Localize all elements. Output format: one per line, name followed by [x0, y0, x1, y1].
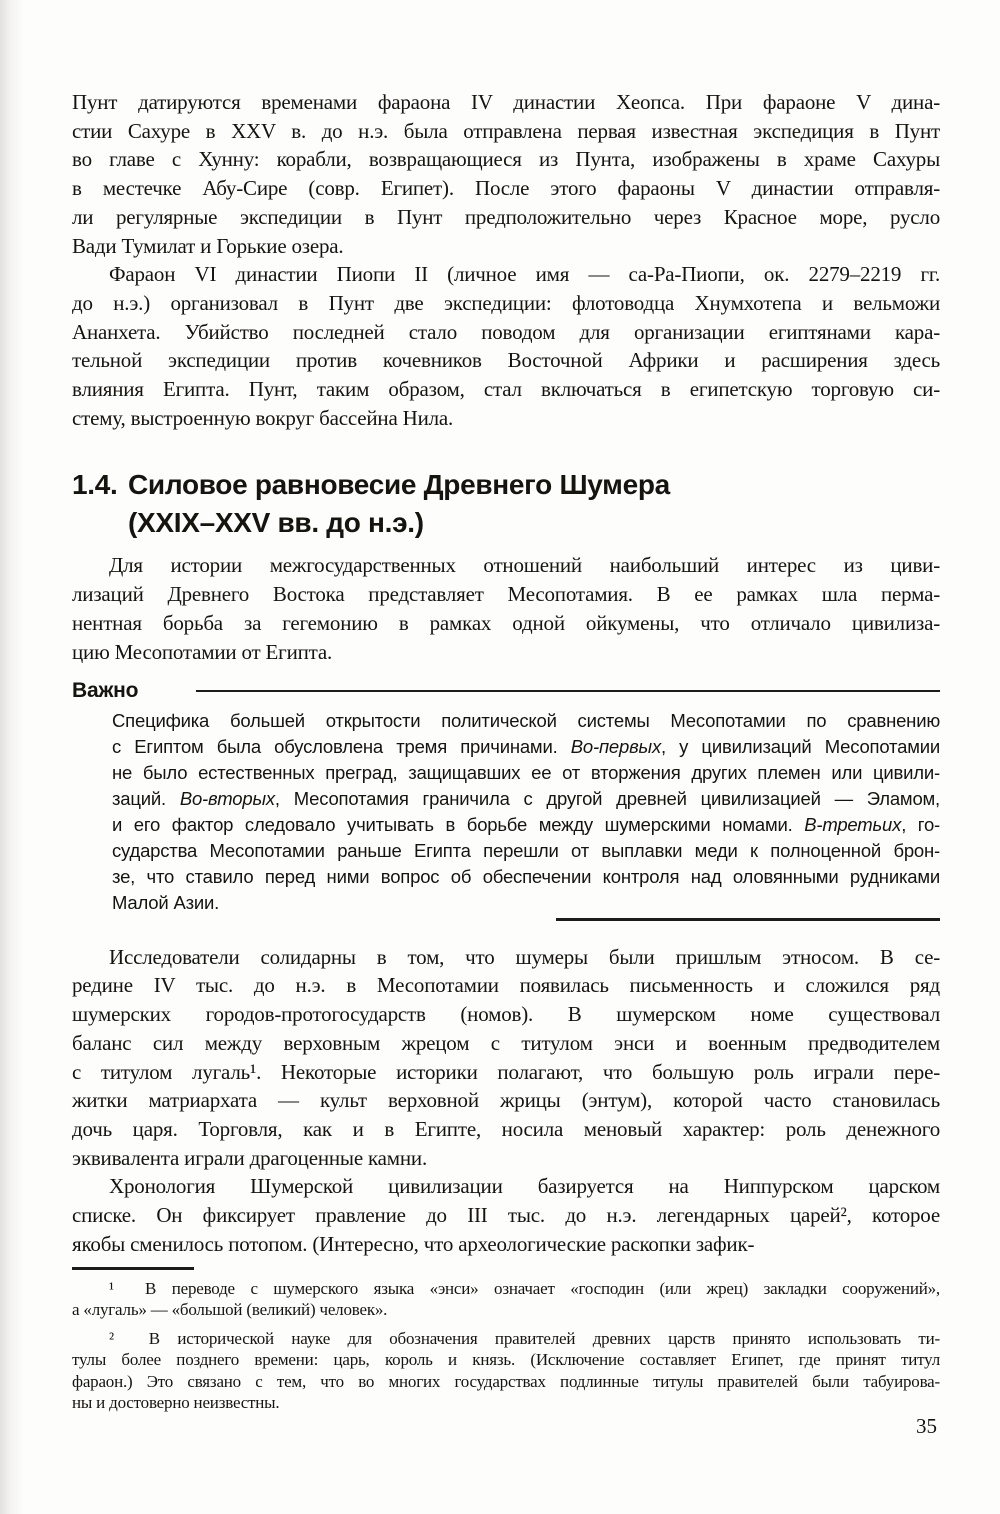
text-line: влияния Египта. Пунт, таким образом, ста… — [72, 375, 940, 404]
text-line: Пунт датируются временами фараона IV дин… — [72, 88, 940, 117]
text-line: во главе с Хунну: корабли, возвращающиес… — [72, 145, 940, 174]
text-line: Фараон VI династии Пиопи II (личное имя … — [72, 260, 940, 289]
important-bottom-rule — [556, 918, 940, 921]
text-line: ¹ В переводе с шумерского языка «энси» о… — [72, 1278, 940, 1300]
page-content: Пунт датируются временами фараона IV дин… — [72, 0, 940, 1414]
text-line: дочь царя. Торговля, как и в Египте, нос… — [72, 1115, 940, 1144]
text-line: шумерских городов-протогосударств (номов… — [72, 1000, 940, 1029]
text-line: стему, выстроенную вокруг бассейна Нила. — [72, 404, 940, 433]
page-number: 35 — [916, 1414, 937, 1438]
section-number: 1.4. — [72, 466, 128, 504]
footnote-2: ² В исторической науке для обозначения п… — [72, 1328, 940, 1414]
section-title: Силовое равновесие Древнего Шумера — [128, 469, 670, 500]
section-heading: 1.4.Силовое равновесие Древнего Шумера (… — [72, 466, 940, 542]
paragraph-punt-expeditions: Пунт датируются временами фараона IV дин… — [72, 88, 940, 260]
text-line: списке. Он фиксирует правление до III ты… — [72, 1201, 940, 1230]
text-line: эквивалента играли драгоценные камни. — [72, 1144, 940, 1173]
paragraph-sumerians: Исследователи солидарны в том, что шумер… — [72, 943, 940, 1173]
text-line: цию Месопотамии от Египта. — [72, 638, 940, 667]
text-line: ны и достоверно неизвестны. — [72, 1392, 940, 1414]
text-line: тулы более позднего времени: царь, корол… — [72, 1349, 940, 1371]
text-line: и его фактор следовало учитывать в борьб… — [112, 812, 940, 838]
text-line: нентная борьба за гегемонию в рамках одн… — [72, 609, 940, 638]
text-line: Вади Тумилат и Горькие озера. — [72, 232, 940, 261]
footnote-separator-rule — [72, 1267, 194, 1270]
text-line: Ананхета. Убийство последней стало повод… — [72, 318, 940, 347]
text-line: а «лугаль» — «большой (великий) человек»… — [72, 1299, 940, 1321]
text-line: житки матриархата — культ верховной жриц… — [72, 1086, 940, 1115]
important-top-rule — [196, 690, 940, 692]
text-line: зе, что ставило перед ними вопрос об обе… — [112, 864, 940, 890]
text-line: Малой Азии. — [112, 890, 940, 916]
text-line: заций. Во-вторых, Месопотамия граничила … — [112, 786, 940, 812]
text-line: в местечке Абу-Сире (совр. Египет). Посл… — [72, 174, 940, 203]
paragraph-chronology: Хронология Шумерской цивилизации базируе… — [72, 1172, 940, 1258]
text-line: сударства Месопотамии раньше Египта пере… — [112, 838, 940, 864]
text-line: не было естественных преград, защищавших… — [112, 760, 940, 786]
text-line: Исследователи солидарны в том, что шумер… — [72, 943, 940, 972]
text-line: стии Сахуре в XXV в. до н.э. была отправ… — [72, 117, 940, 146]
text-line: с титулом лугаль¹. Некоторые историки по… — [72, 1058, 940, 1087]
section-heading-line1: 1.4.Силовое равновесие Древнего Шумера — [72, 466, 940, 504]
text-line: Хронология Шумерской цивилизации базируе… — [72, 1172, 940, 1201]
section-subtitle: (XXIX–XXV вв. до н.э.) — [128, 504, 940, 542]
important-label-row: Важно — [72, 679, 940, 703]
text-line: Для истории межгосударственных отношений… — [72, 551, 940, 580]
text-line: лизаций Древнего Востока представляет Ме… — [72, 580, 940, 609]
text-line: редине IV тыс. до н.э. в Месопотамии поя… — [72, 971, 940, 1000]
text-line: до н.э.) организовал в Пунт две экспедиц… — [72, 289, 940, 318]
text-line: якобы сменилось потопом. (Интересно, что… — [72, 1230, 940, 1259]
paragraph-mesopotamia-interest: Для истории межгосударственных отношений… — [72, 551, 940, 666]
footnote-1: ¹ В переводе с шумерского языка «энси» о… — [72, 1278, 940, 1321]
text-line: тельной экспедиции против кочевников Вос… — [72, 346, 940, 375]
paragraph-piopi-ii: Фараон VI династии Пиопи II (личное имя … — [72, 260, 940, 432]
text-line: баланс сил между верховным жрецом с титу… — [72, 1029, 940, 1058]
text-line: Специфика большей открытости политическо… — [112, 708, 940, 734]
important-label: Важно — [72, 679, 138, 703]
text-line: с Египтом была обусловлена тремя причина… — [112, 734, 940, 760]
important-note-block: Важно Специфика большей открытости полит… — [72, 679, 940, 921]
text-line: фараон.) Это связано с тем, что во многи… — [72, 1371, 940, 1393]
text-line: ² В исторической науке для обозначения п… — [72, 1328, 940, 1350]
text-line: ли регулярные экспедиции в Пунт предполо… — [72, 203, 940, 232]
book-page: Пунт датируются временами фараона IV дин… — [0, 0, 1000, 1514]
important-note-text: Специфика большей открытости политическо… — [112, 708, 940, 916]
